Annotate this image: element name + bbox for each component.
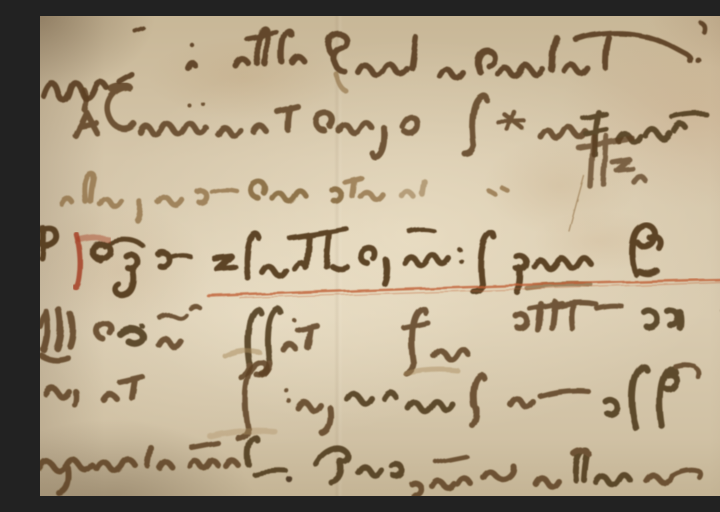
handwriting-ink-layer [40, 16, 720, 496]
text-line-1 [44, 22, 720, 100]
red-underline [208, 279, 720, 298]
text-line-5 [40, 298, 720, 377]
text-line-3 [62, 136, 720, 231]
text-line-6 [46, 351, 698, 438]
text-line-4 [41, 226, 661, 295]
text-line-2 [75, 86, 706, 157]
manuscript-photo: Close-up photograph of a medieval manusc… [40, 16, 720, 496]
text-line-7 [40, 437, 701, 495]
